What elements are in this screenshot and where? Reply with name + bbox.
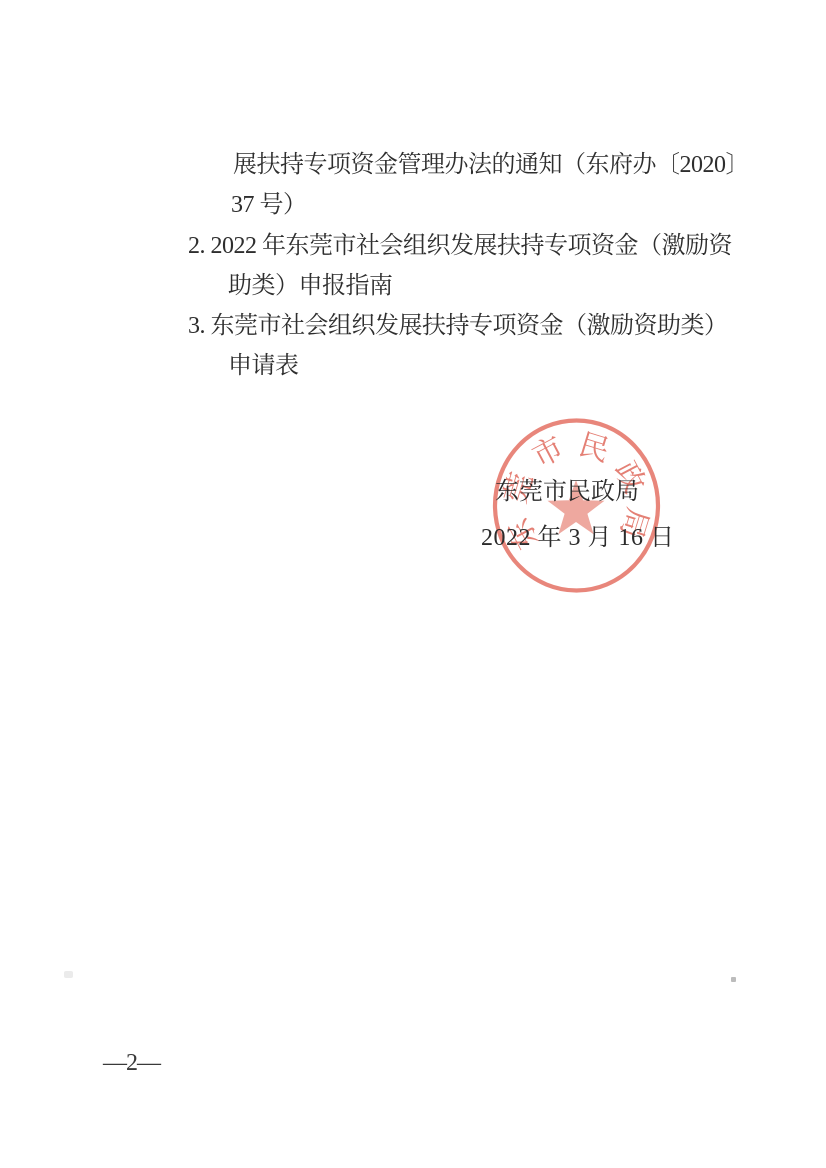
seal-ring-char: 民 <box>575 428 613 468</box>
document-line: 3. 东莞市社会组织发展扶持专项资金（激励资助类） <box>188 314 728 338</box>
scanned-document-page: 展扶持专项资金管理办法的通知（东府办〔2020〕 37 号） 2. 2022 年… <box>0 0 826 1168</box>
scan-speck <box>64 971 73 978</box>
scan-speck <box>731 977 736 982</box>
document-line: 展扶持专项资金管理办法的通知（东府办〔2020〕 <box>233 153 749 177</box>
document-line: 申请表 <box>228 354 299 378</box>
page-number: —2— <box>103 1050 160 1077</box>
document-line: 2. 2022 年东莞市社会组织发展扶持专项资金（激励资 <box>188 234 732 258</box>
seal-ring-char: 市 <box>527 431 569 474</box>
signature-date: 2022 年 3 月 16 日 <box>481 517 675 552</box>
document-line: 助类）申报指南 <box>228 274 393 298</box>
signature-issuer: 东莞市民政局 <box>495 471 639 506</box>
document-line: 37 号） <box>231 193 307 217</box>
